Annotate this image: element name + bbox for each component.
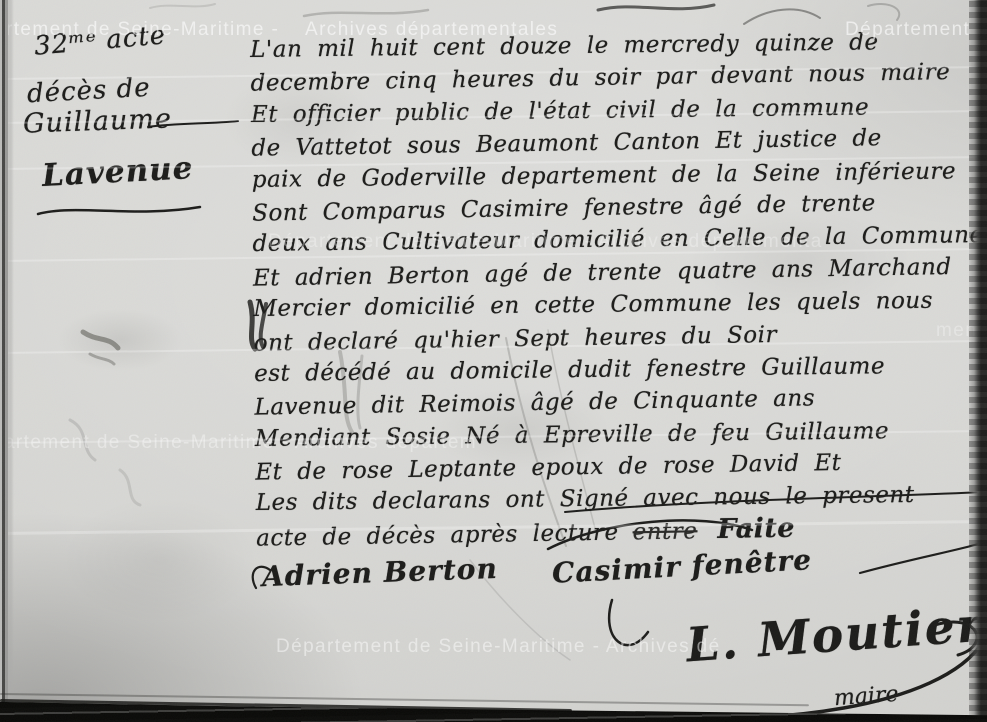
- margin-lastname: Lavenue: [41, 150, 194, 194]
- book-gutter-right: [969, 0, 987, 722]
- scanned-death-record-page: 32ᵐᵉ acte décès de Guillaume Lavenue L'a…: [0, 0, 987, 722]
- watermark-fragment: partement de Seine-Maritime - Archives d…: [0, 432, 477, 454]
- struck-word: entre: [632, 518, 697, 545]
- watermark-fragment: Département de Seine-Maritime - Archives…: [276, 636, 721, 658]
- watermark-fragment: Département de Seine-Maritime - Archives…: [268, 231, 823, 253]
- act-body-text: L'an mil huit cent douze le mercredy qui…: [250, 25, 987, 552]
- watermark-fragment: Archives départementales: [305, 19, 558, 41]
- watermark-fragment: Département: [845, 19, 970, 41]
- signature-adrien-berton: Adrien Berton: [261, 552, 498, 593]
- signature-casimir-fenetre: Casimir fenêtre: [551, 543, 812, 590]
- signature-mayor-title: maire: [833, 682, 899, 711]
- watermark-fragment: artement de Seine-Maritime -: [0, 19, 279, 41]
- signature-mayor-moutier: L. Moutier: [684, 598, 985, 674]
- page-edge-left: [0, 0, 14, 722]
- closing-faite: Faite: [717, 513, 795, 545]
